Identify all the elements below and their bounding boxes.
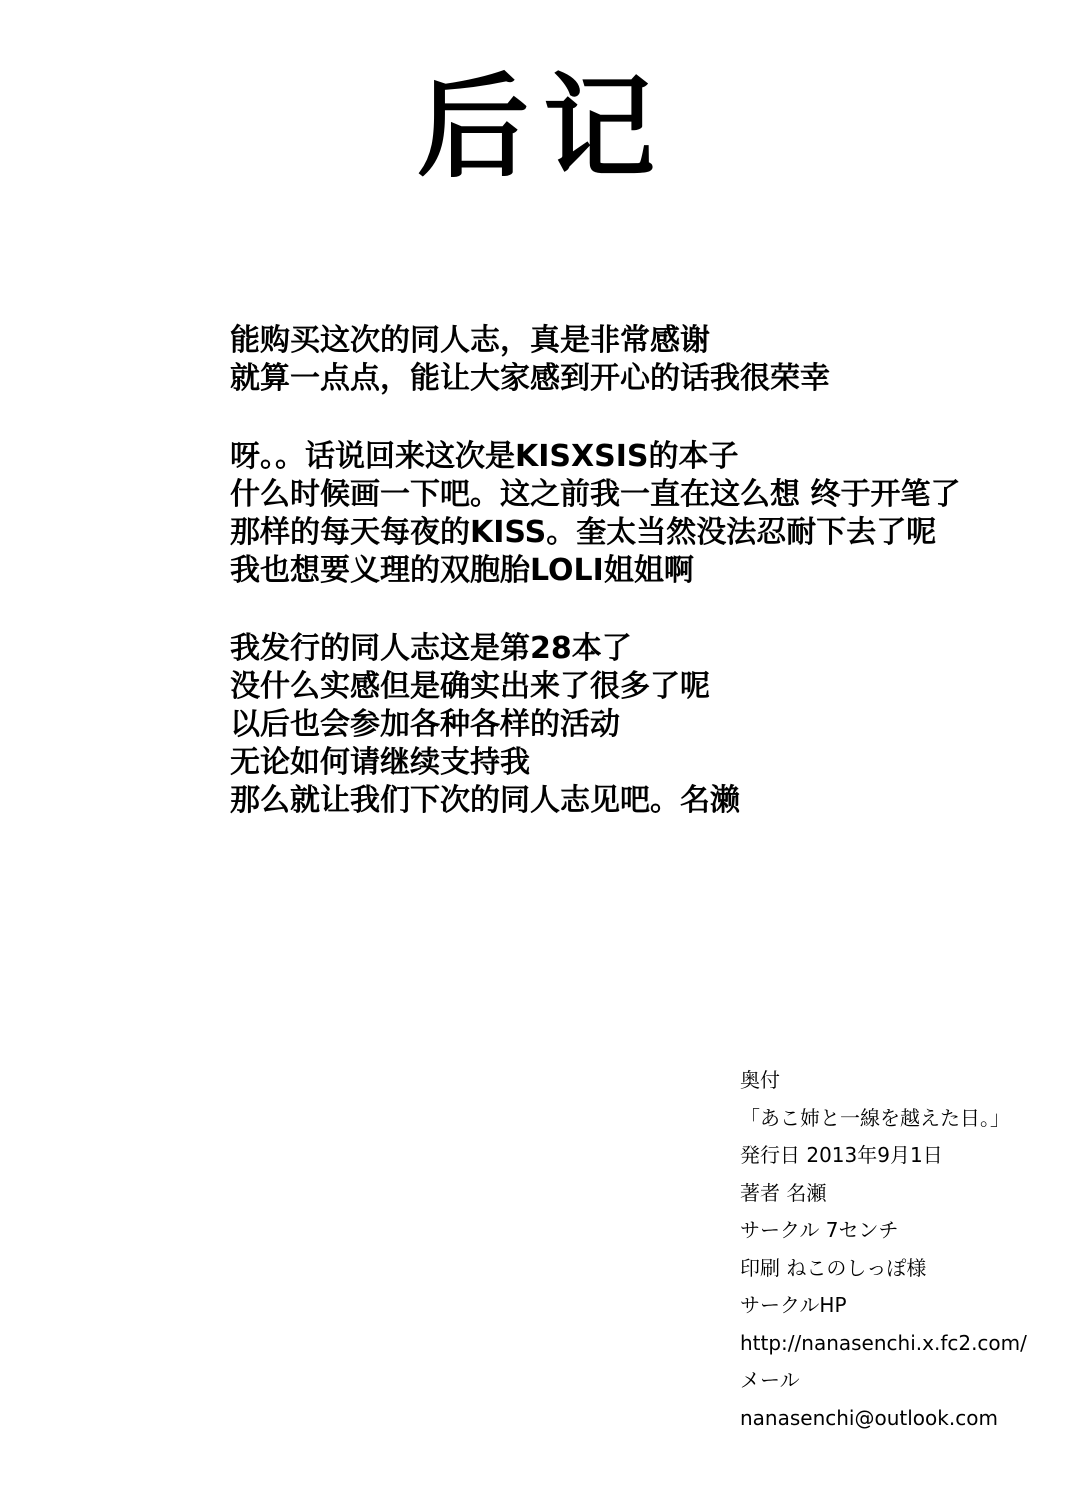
colophon-mail-label: メール <box>740 1362 1027 1400</box>
text-line: 就算一点点，能让大家感到开心的话我很荣幸 <box>230 360 960 398</box>
page-title: 后记 <box>0 58 1072 198</box>
colophon: 奥付 「あこ姉と一線を越えた日。」 発行日 2013年9月1日 著者 名瀬 サー… <box>740 1062 1027 1437</box>
text-line: 那样的每天每夜的KISS。奎太当然没法忍耐下去了呢 <box>230 514 960 552</box>
colophon-homepage-label: サークルHP <box>740 1287 1027 1325</box>
paragraph-closing: 我发行的同人志这是第28本了 没什么实感但是确实出来了很多了呢 以后也会参加各种… <box>230 630 960 820</box>
colophon-publish-date: 発行日 2013年9月1日 <box>740 1137 1027 1175</box>
afterword-page: 后记 能购买这次的同人志，真是非常感谢 就算一点点，能让大家感到开心的话我很荣幸… <box>0 0 1072 1500</box>
colophon-author: 著者 名瀬 <box>740 1175 1027 1213</box>
text-line: 什么时候画一下吧。这之前我一直在这么想 终于开笔了 <box>230 476 960 514</box>
afterword-body: 能购买这次的同人志，真是非常感谢 就算一点点，能让大家感到开心的话我很荣幸 呀。… <box>230 322 960 820</box>
text-line: 我发行的同人志这是第28本了 <box>230 630 960 668</box>
text-line: 呀。。话说回来这次是KISXSIS的本子 <box>230 438 960 476</box>
colophon-heading: 奥付 <box>740 1062 1027 1100</box>
colophon-printer: 印刷 ねこのしっぽ様 <box>740 1250 1027 1288</box>
text-line: 没什么实感但是确实出来了很多了呢 <box>230 668 960 706</box>
text-line: 我也想要义理的双胞胎LOLI姐姐啊 <box>230 552 960 590</box>
text-line: 能购买这次的同人志，真是非常感谢 <box>230 322 960 360</box>
text-line: 那么就让我们下次的同人志见吧。名濑 <box>230 782 960 820</box>
text-line: 无论如何请继续支持我 <box>230 744 960 782</box>
paragraph-about-book: 呀。。话说回来这次是KISXSIS的本子 什么时候画一下吧。这之前我一直在这么想… <box>230 438 960 590</box>
colophon-circle: サークル 7センチ <box>740 1212 1027 1250</box>
paragraph-thanks: 能购买这次的同人志，真是非常感谢 就算一点点，能让大家感到开心的话我很荣幸 <box>230 322 960 398</box>
colophon-mail-address: nanasenchi@outlook.com <box>740 1400 1027 1438</box>
colophon-homepage-url: http://nanasenchi.x.fc2.com/ <box>740 1325 1027 1363</box>
colophon-book-title: 「あこ姉と一線を越えた日。」 <box>740 1100 1027 1138</box>
text-line: 以后也会参加各种各样的活动 <box>230 706 960 744</box>
